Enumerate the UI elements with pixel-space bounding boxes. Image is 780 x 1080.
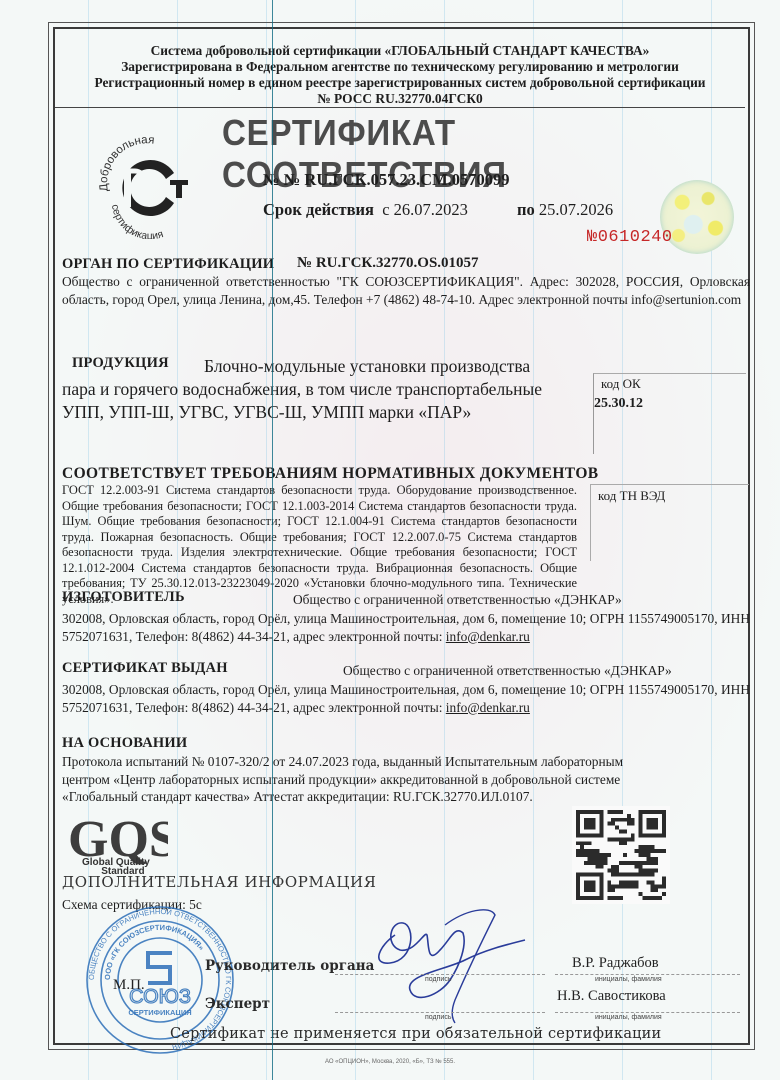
conformity-label: СООТВЕТСТВУЕТ ТРЕБОВАНИЯМ НОРМАТИВНЫХ ДО… bbox=[62, 465, 599, 483]
certificate-number: № № RU.ГСК.057.23.СМ.0570099 bbox=[263, 170, 510, 190]
valid-to-date: 25.07.2026 bbox=[539, 200, 613, 219]
manufacturer-label: ИЗГОТОВИТЕЛЬ bbox=[62, 589, 185, 606]
registry-number: № РОСС RU.32770.04ГСК0 bbox=[55, 91, 745, 107]
system-name: Система добровольной сертификации «ГЛОБА… bbox=[55, 43, 745, 59]
rst-certification-logo-icon: Добровольная сертификация bbox=[94, 135, 198, 239]
additional-info-label: ДОПОЛНИТЕЛЬНАЯ ИНФОРМАЦИЯ bbox=[62, 873, 376, 891]
basis-line-3: «Глобальный стандарт качества» Аттестат … bbox=[62, 788, 642, 806]
expert-signature-caption: подпись bbox=[425, 1014, 451, 1021]
head-signature-line bbox=[335, 974, 545, 975]
basis-label: НА ОСНОВАНИИ bbox=[62, 735, 187, 752]
expert-signature-line bbox=[335, 1012, 545, 1013]
head-name-caption: инициалы, фамилия bbox=[595, 976, 662, 983]
head-name-line bbox=[555, 974, 740, 975]
printer-imprint: АО «ОПЦИОН», Москва, 2020, «Б», ТЗ № 555… bbox=[0, 1059, 780, 1065]
validity-label: Срок действия bbox=[263, 200, 374, 219]
expert-name: Н.В. Савостикова bbox=[557, 988, 666, 1005]
qr-code-icon[interactable] bbox=[572, 806, 670, 904]
expert-name-line bbox=[555, 1012, 740, 1013]
registration-line: Зарегистрирована в Федеральном агентстве… bbox=[55, 59, 745, 75]
tnved-box: код ТН ВЭД bbox=[590, 484, 749, 561]
manufacturer-email-link[interactable]: info@denkar.ru bbox=[446, 629, 530, 644]
issued-to-details: 302008, Орловская область, город Орёл, у… bbox=[62, 681, 750, 716]
valid-from-date: с 26.07.2023 bbox=[382, 200, 468, 219]
product-description: Блочно-модульные установки производства … bbox=[62, 355, 567, 424]
expert-name-caption: инициалы, фамилия bbox=[595, 1014, 662, 1021]
basis-details: Протокола испытаний № 0107-320/2 от 24.0… bbox=[62, 753, 642, 806]
seal-place-mark: М.П. bbox=[113, 977, 145, 994]
valid-to-label: по bbox=[517, 200, 535, 219]
system-header: Система добровольной сертификации «ГЛОБА… bbox=[55, 28, 745, 108]
form-serial-number: №0610240 bbox=[587, 228, 673, 247]
basis-line-2: центром «Центр лабораторных испытаний пр… bbox=[62, 771, 642, 789]
issued-to-name: Общество с ограниченной ответственностью… bbox=[343, 663, 672, 679]
manufacturer-name: Общество с ограниченной ответственностью… bbox=[293, 592, 622, 608]
kod-ok-label: код ОК bbox=[601, 376, 641, 392]
basis-line-1: Протокола испытаний № 0107-320/2 от 24.0… bbox=[62, 753, 642, 771]
head-signature-caption: подпись bbox=[425, 976, 451, 983]
kod-ok-value: 25.30.12 bbox=[594, 396, 643, 412]
footer-note: Сертификат не применяется при обязательн… bbox=[170, 1026, 661, 1042]
organ-label: ОРГАН ПО СЕРТИФИКАЦИИ bbox=[62, 256, 274, 273]
head-name: В.Р. Раджабов bbox=[572, 955, 659, 972]
manufacturer-address: 302008, Орловская область, город Орёл, у… bbox=[62, 611, 750, 644]
issued-to-email-link[interactable]: info@denkar.ru bbox=[446, 700, 530, 715]
product-line-2: пара и горячего водоснабжения, в том чис… bbox=[62, 378, 567, 401]
validity-from: Срок действия с 26.07.2023 bbox=[263, 200, 468, 220]
registry-line: Регистрационный номер в едином реестре з… bbox=[55, 75, 745, 91]
product-line-1: Блочно-модульные установки производства bbox=[62, 355, 567, 378]
scan-artifact-line bbox=[272, 0, 273, 1080]
expert-role-label: Эксперт bbox=[205, 996, 270, 1012]
issued-to-label: СЕРТИФИКАТ ВЫДАН bbox=[62, 660, 228, 677]
organ-number: № RU.ГСК.32770.OS.01057 bbox=[297, 255, 479, 272]
manufacturer-details: 302008, Орловская область, город Орёл, у… bbox=[62, 610, 750, 645]
validity-to: по 25.07.2026 bbox=[517, 200, 613, 220]
product-line-3: УПП, УПП-Ш, УГВС, УГВС-Ш, УМПП марки «ПА… bbox=[62, 401, 567, 424]
tnved-label: код ТН ВЭД bbox=[598, 488, 665, 504]
head-role-label: Руководитель органа bbox=[205, 958, 374, 974]
signature-scribble bbox=[355, 905, 535, 1025]
kod-ok-box: код ОК 25.30.12 bbox=[593, 373, 746, 454]
issued-to-address: 302008, Орловская область, город Орёл, у… bbox=[62, 682, 750, 715]
svg-text:СЕРТИФИКАЦИЯ: СЕРТИФИКАЦИЯ bbox=[128, 1008, 191, 1017]
organ-details: Общество с ограниченной ответственностью… bbox=[62, 273, 750, 308]
